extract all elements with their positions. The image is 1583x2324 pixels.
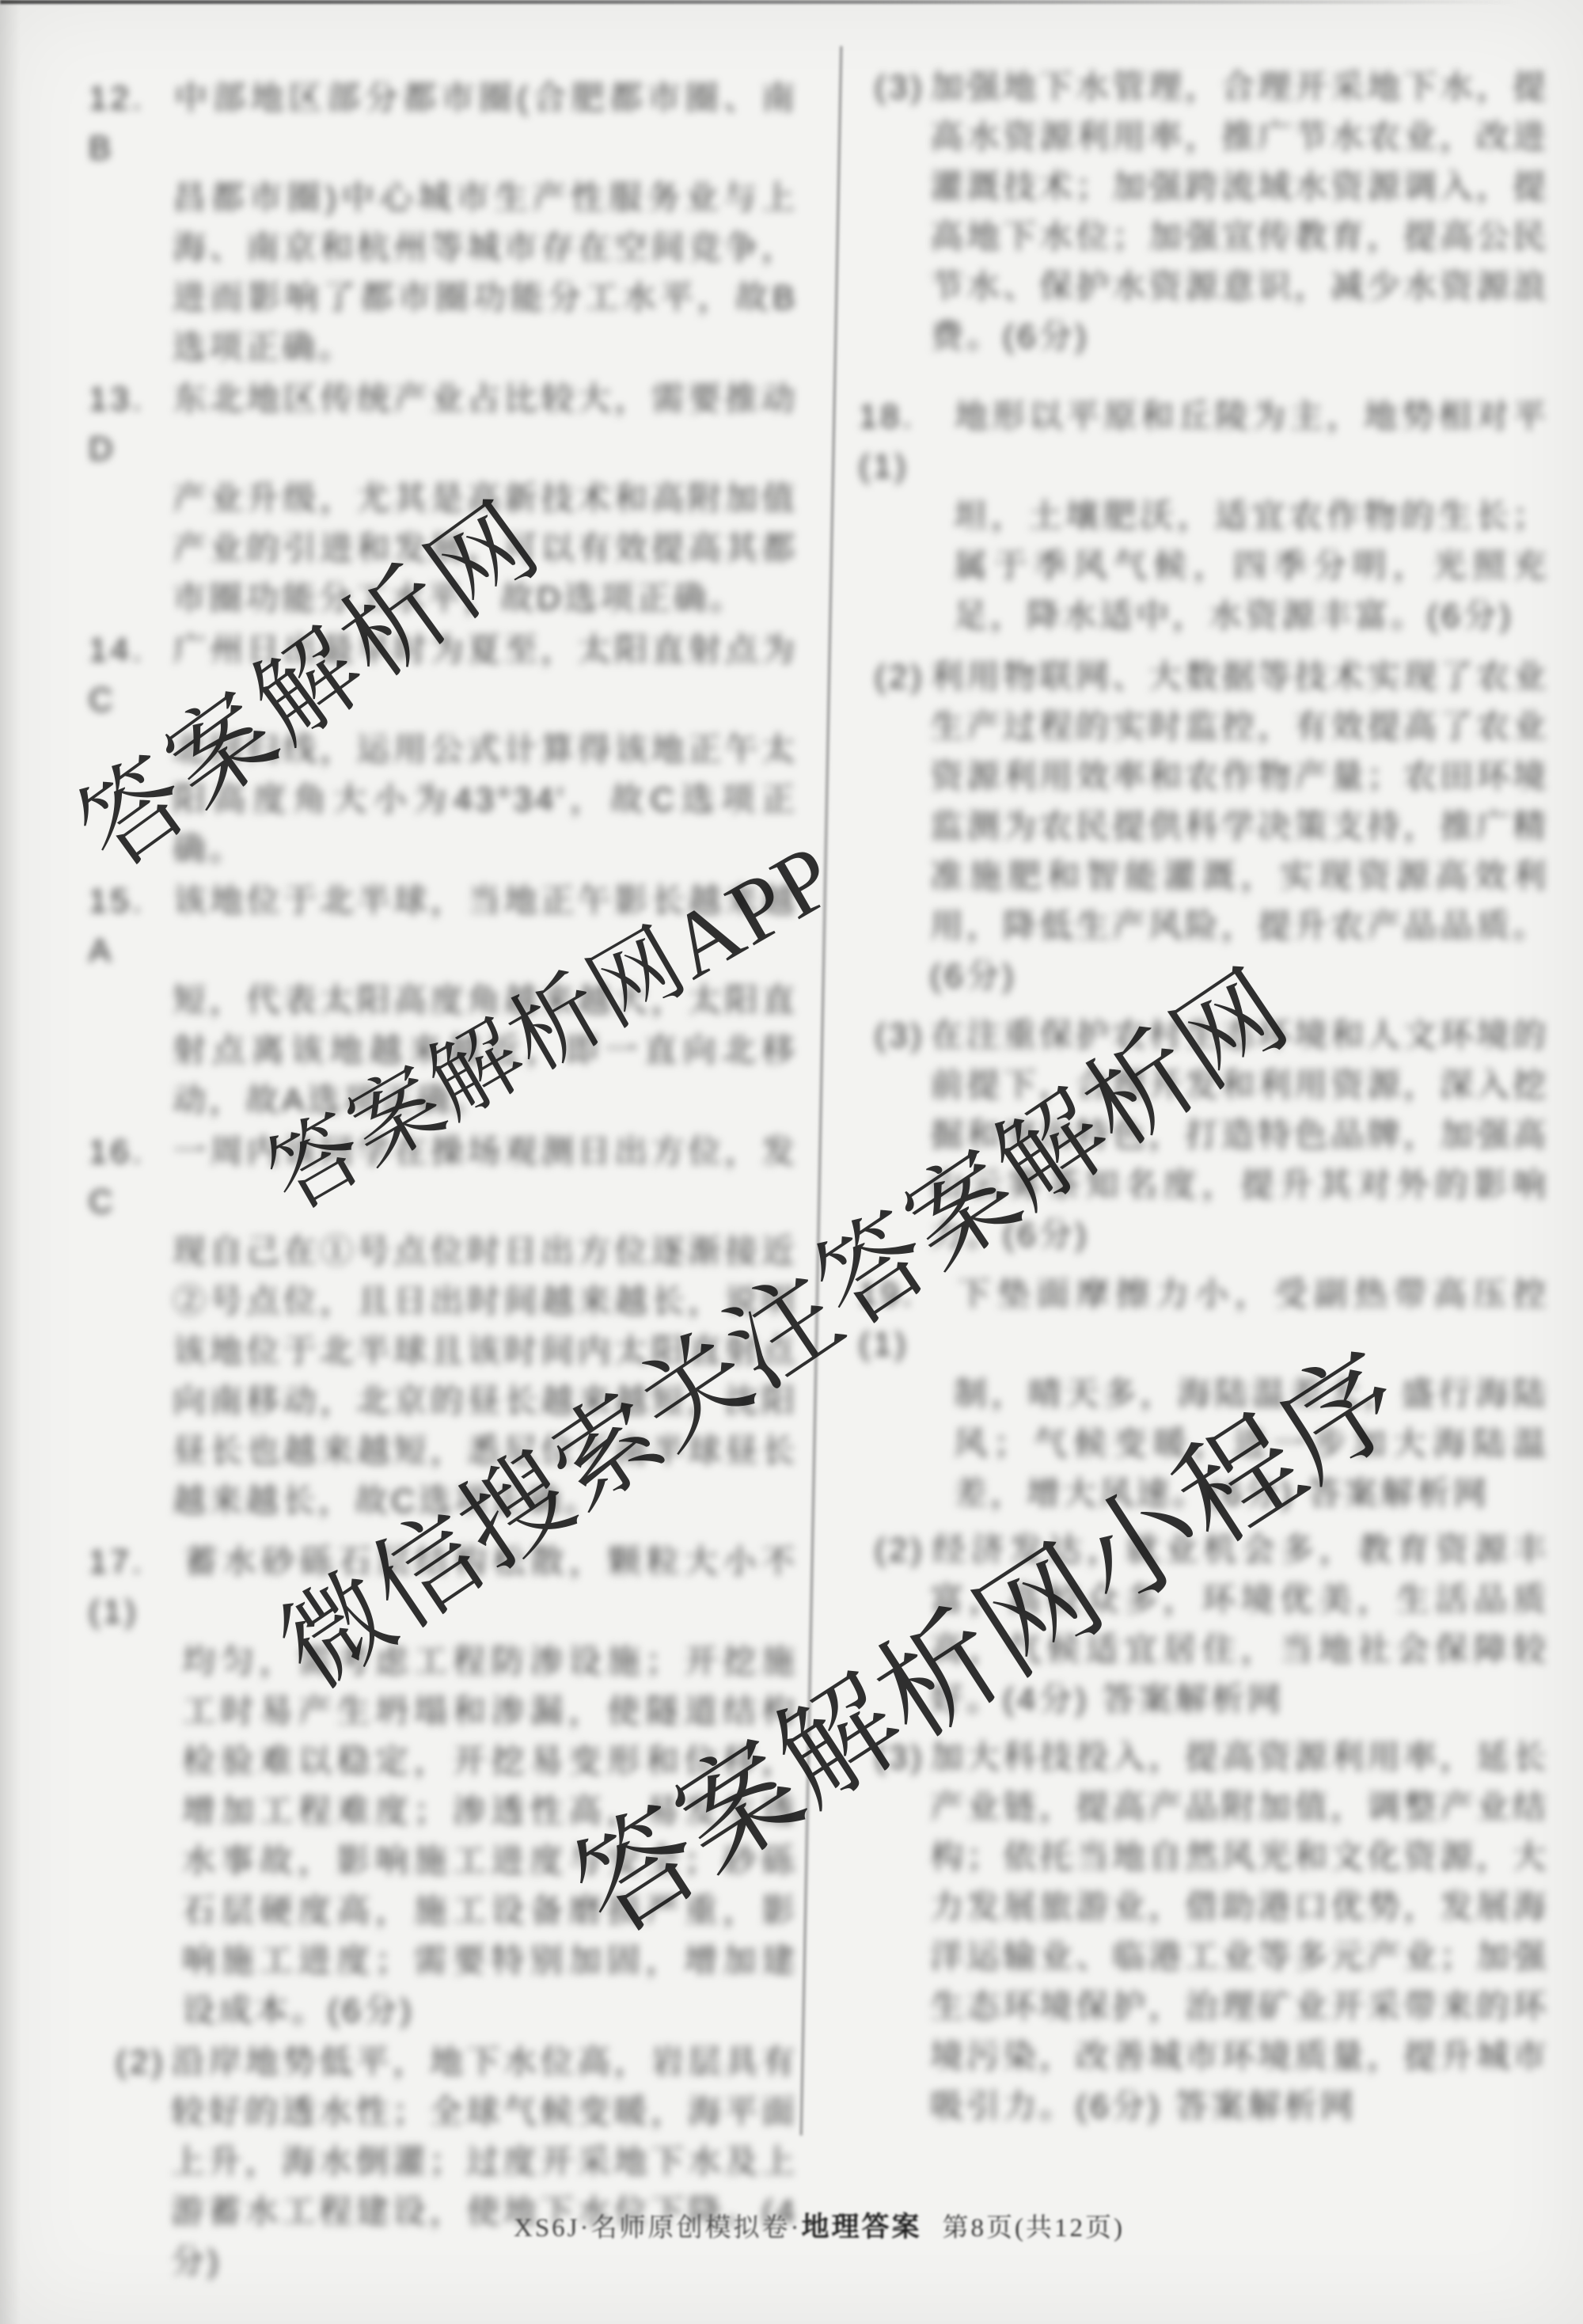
answer-item-18-1: 18.(1)地形以平原和丘陵为主，地势相对平坦，土壤肥沃，适宜农作物的生长；属于… bbox=[859, 391, 1549, 640]
answer-item-label: (2) bbox=[875, 651, 930, 701]
answer-item-text: 加强地下水管理，合理开采地下水，提高水资源利用率，推广节水农业，改进灌溉技术；加… bbox=[930, 68, 1549, 355]
answer-item-text: 利用物联网、大数据等技术实现了农业生产过程的实时监控，有效提高了农业资源利用效率… bbox=[930, 658, 1549, 994]
answer-item-text: 中部地区部分都市圈(合肥都市圈、南昌都市圈)中心城市生产性服务业与上海、南京和杭… bbox=[173, 79, 798, 366]
answer-item-label: 18.(1) bbox=[859, 391, 954, 491]
scanned-answer-page: 12. B中部地区部分都市圈(合肥都市圈、南昌都市圈)中心城市生产性服务业与上海… bbox=[0, 0, 1583, 2324]
answer-item-label: 12. B bbox=[89, 73, 173, 173]
answer-item-label: 13. D bbox=[89, 374, 173, 473]
answer-item-12: 12. B中部地区部分都市圈(合肥都市圈、南昌都市圈)中心城市生产性服务业与上海… bbox=[89, 73, 798, 372]
answer-item-17-2: (2)沿岸地势低平，地下水位高，岩层具有较好的透水性；全球气候变暖，海平面上升，… bbox=[116, 2037, 798, 2286]
answer-item-text: 加大科技投入，提高资源利用率，延长产业链，提高产品附加值，调整产业结构；依托当地… bbox=[930, 1738, 1549, 2125]
scan-edge-left bbox=[0, 0, 21, 2324]
answer-column-left: 12. B中部地区部分都市圈(合肥都市圈、南昌都市圈)中心城市生产性服务业与上海… bbox=[89, 73, 798, 2288]
answer-item-label: (3) bbox=[875, 1010, 930, 1060]
answer-item-label: (2) bbox=[875, 1525, 930, 1574]
answer-item-label: 17.(1) bbox=[89, 1536, 182, 1636]
footer-page-number: 第8页(共12页) bbox=[943, 2214, 1125, 2242]
answer-item-17-3: (3)加强地下水管理，合理开采地下水，提高水资源利用率，推广节水农业，改进灌溉技… bbox=[875, 62, 1549, 361]
scan-edge-top bbox=[0, 0, 1583, 4]
footer-exam-series: XS6J·名师原创模拟卷· bbox=[514, 2214, 802, 2242]
answer-item-label: 16. C bbox=[89, 1126, 173, 1226]
answer-item-text: 地形以平原和丘陵为主，地势相对平坦，土壤肥沃，适宜农作物的生长；属于季风气候，四… bbox=[954, 397, 1549, 634]
footer-subject: 地理答案 bbox=[802, 2212, 922, 2242]
answer-item-19-3: (3)加大科技投入，提高资源利用率，延长产业链，提高产品附加值，调整产业结构；依… bbox=[875, 1732, 1549, 2131]
answer-item-label: (3) bbox=[875, 62, 930, 112]
answer-item-label: (2) bbox=[116, 2037, 171, 2087]
page-footer: XS6J·名师原创模拟卷·地理答案第8页(共12页) bbox=[514, 2205, 1125, 2245]
